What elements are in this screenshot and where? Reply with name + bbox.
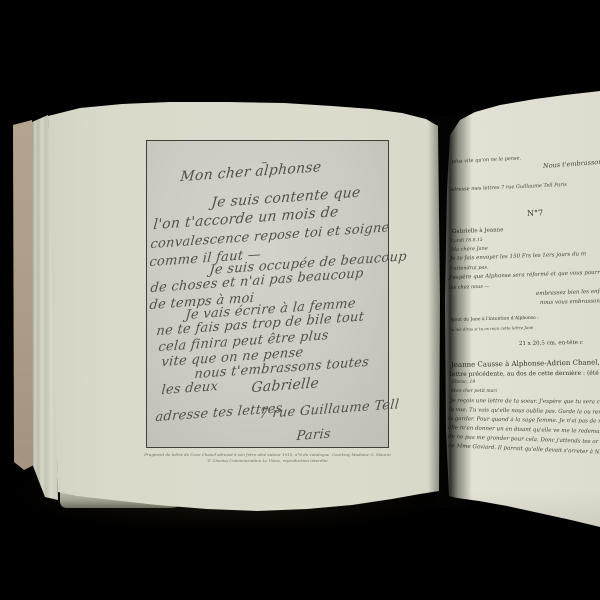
transcription-line: les chez nous — xyxy=(449,284,490,291)
transcription-line: Gabrielle à Jeanne xyxy=(452,227,504,235)
caption-line: © Cinema Communication Le Vieux, reprodu… xyxy=(115,458,420,464)
transcription-line: Florac, 19 xyxy=(452,380,475,385)
transcription-line: la garder. Pour quand à la sage femme. J… xyxy=(448,416,600,425)
transcription-line: elle m'en donner un en disant qu'elle ve… xyxy=(448,425,600,435)
transcription-note: Ajout de Jane à l'intention d'Alphonse : xyxy=(450,316,539,323)
transcription-line: la vue. Tu vois qu'elle nous oublie pas.… xyxy=(449,407,600,416)
transcription-line: Lundi 16.8.15 xyxy=(451,238,483,244)
letter-number-heading: N°7 xyxy=(527,208,543,218)
transcription-line: nous vous embrassons xyxy=(540,298,600,306)
transcription-line: t'attendrai pas. xyxy=(450,265,489,272)
transcription-line: ne Mme Gaviard. Il parrait qu'elle devai… xyxy=(448,443,600,456)
photo-caption: Fragment de lettre de Coco Chanel adress… xyxy=(115,452,420,463)
handwriting-line: les deux xyxy=(161,380,219,397)
caption-line: Fragment de lettre de Coco Chanel adress… xyxy=(115,452,420,458)
transcription-line: tu me diras si tu as reçu cette lettre J… xyxy=(450,325,533,332)
handwriting-line: Paris xyxy=(296,428,332,444)
transcription-heading: lettre précédente, au dos de cette derni… xyxy=(450,370,600,378)
transcription-heading: Jeanne Causse à Alphonse-Adrien Chanel, … xyxy=(451,358,600,369)
transcription-line: plus vite qu'on ne le pense. xyxy=(452,155,521,165)
book-photograph: – Mon cher alphonse Je suis contente que… xyxy=(0,0,600,600)
transcription-line: Je reçois une lettre de ta soeur. J'espè… xyxy=(450,398,600,405)
transcription-line: adresse mes lettres 7 rue Guillaume Tell… xyxy=(450,182,567,193)
transcription-line: Ma chère Jane xyxy=(451,246,488,253)
transcription-line: Je te fais envoyer les 150 Frs les 1ers … xyxy=(450,251,586,262)
dimensions-note: 21 x 20,5 cm, en-tête c xyxy=(519,340,583,347)
transcription-line: Mon cher petit mari xyxy=(451,389,497,394)
transcription-line: Nous t'embrassons xyxy=(543,158,600,170)
transcription-line: embrassez bien les enfa xyxy=(536,289,600,297)
